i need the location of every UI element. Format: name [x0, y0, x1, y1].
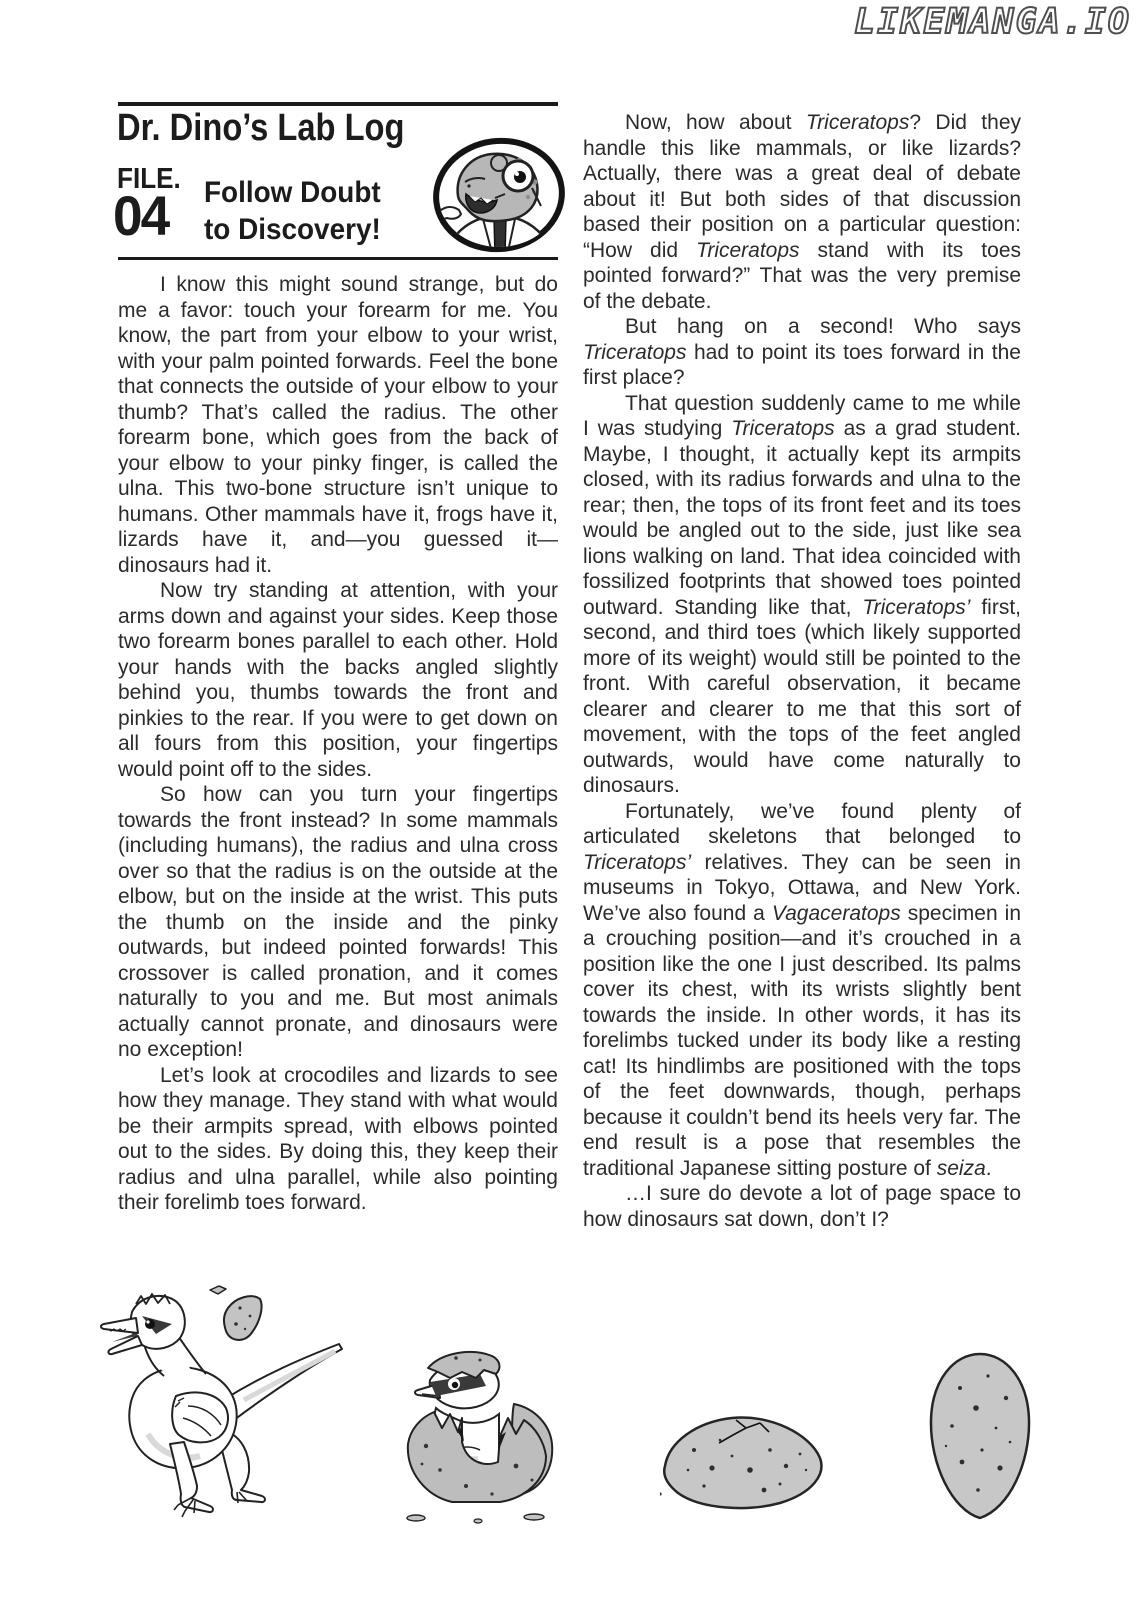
upright-egg-illustration	[926, 1350, 1034, 1524]
file-number: 04	[113, 183, 168, 248]
manga-page: LIKEMANGA.IO Dr. Dino’s Lab Log FILE. 04…	[0, 0, 1139, 1600]
baby-dinosaur-illustration	[92, 1284, 348, 1530]
paragraph: Fortunately, we’ve found plenty of artic…	[583, 799, 1021, 1182]
paragraph: Now, how about Triceratops? Did they han…	[583, 110, 1021, 314]
right-column: Now, how about Triceratops? Did they han…	[583, 110, 1021, 1232]
paragraph: But hang on a second! Who says Tricerato…	[583, 314, 1021, 391]
paragraph: Let’s look at crocodiles and lizards to …	[118, 1063, 558, 1216]
paragraph: I know this might sound strange, but do …	[118, 272, 558, 578]
paragraph: …I sure do devote a lot of page space to…	[583, 1181, 1021, 1232]
site-watermark: LIKEMANGA.IO	[854, 2, 1131, 42]
subtitle-line-1: Follow Doubt	[204, 176, 381, 209]
paragraph: So how can you turn your fingertips towa…	[118, 782, 558, 1063]
column-title: Dr. Dino’s Lab Log	[117, 107, 404, 150]
professor-dino-icon	[429, 136, 570, 256]
paragraph: That question suddenly came to me while …	[583, 391, 1021, 799]
left-column: I know this might sound strange, but do …	[118, 272, 558, 1216]
header-top-rule	[118, 102, 558, 106]
cracked-egg-illustration	[660, 1406, 828, 1516]
paragraph: Now try standing at attention, with your…	[118, 578, 558, 782]
hatchling-illustration	[396, 1346, 562, 1528]
header-bottom-rule	[118, 257, 558, 260]
episode-subtitle: Follow Doubt to Discovery!	[204, 174, 381, 248]
subtitle-line-2: to Discovery!	[204, 213, 381, 246]
